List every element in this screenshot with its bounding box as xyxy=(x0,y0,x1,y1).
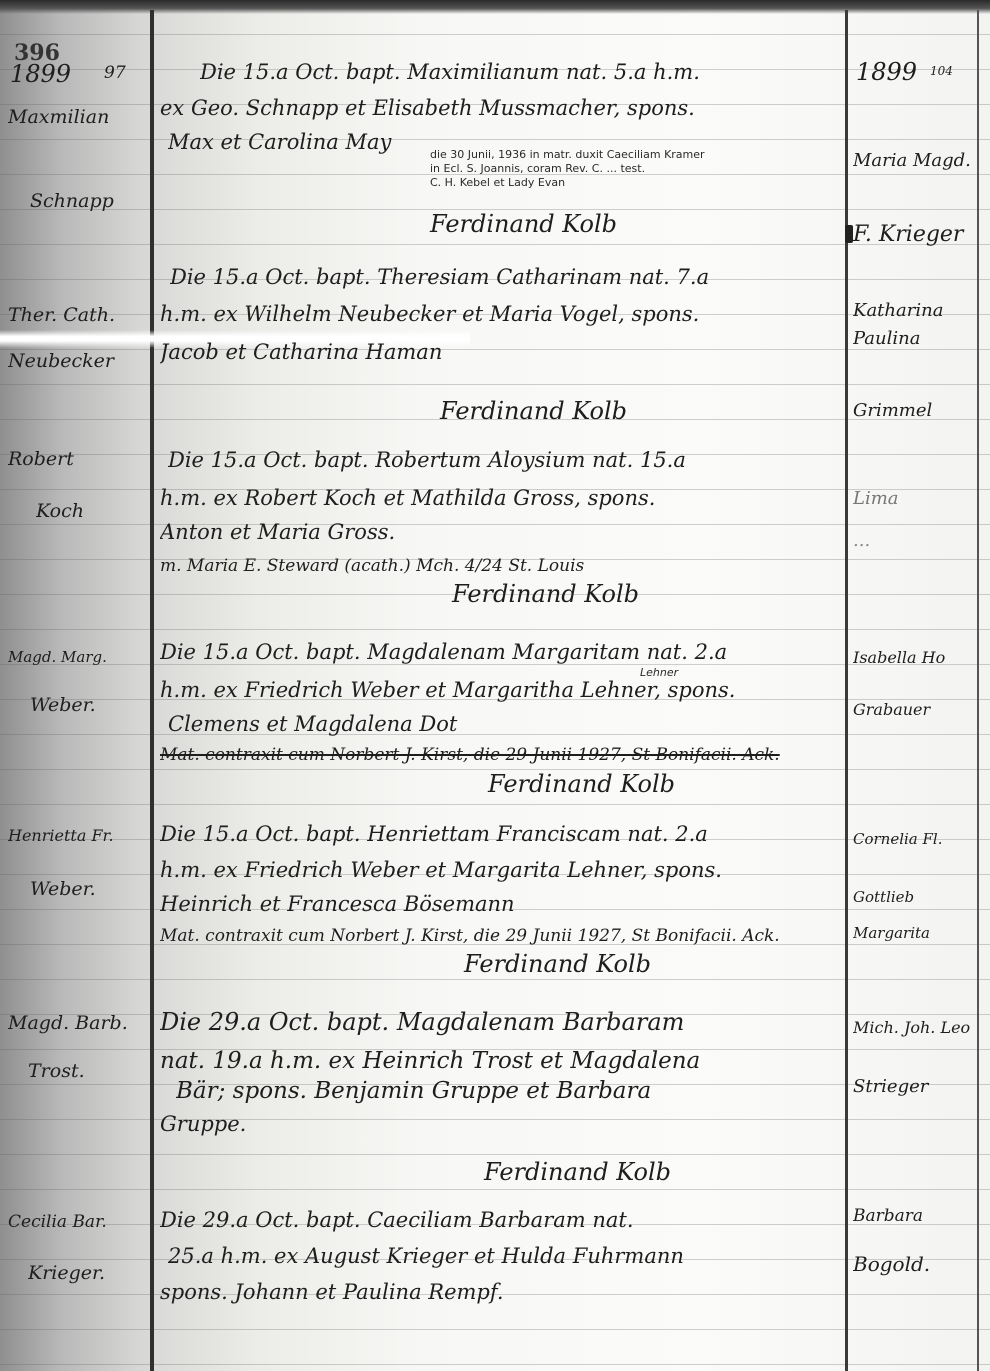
marriage-annotation: Mat. contraxit cum Norbert J. Kirst, die… xyxy=(160,926,850,946)
entry-line: 25.a h.m. ex August Krieger et Hulda Fuh… xyxy=(168,1244,848,1268)
margin-given-name: Cecilia Bar. xyxy=(8,1212,148,1232)
inserted-correction: Lehner xyxy=(640,666,678,679)
entry-line: spons. Johann et Paulina Rempf. xyxy=(160,1280,840,1304)
entry-line: ex Geo. Schnapp et Elisabeth Mussmacher,… xyxy=(160,96,840,120)
margin-given-name: Henrietta Fr. xyxy=(8,826,148,845)
right-edge-rule xyxy=(977,10,979,1371)
priest-signature: Ferdinand Kolb xyxy=(452,580,639,608)
marriage-annotation: in Ecl. S. Joannis, coram Rev. C. ... te… xyxy=(430,162,645,175)
entry-line: h.m. ex Friedrich Weber et Margarita Leh… xyxy=(160,858,840,882)
margin-column-rule xyxy=(150,10,154,1371)
right-entry-number: 104 xyxy=(930,64,953,78)
margin-surname: Schnapp xyxy=(30,190,170,212)
right-margin-note: ... xyxy=(853,530,977,551)
right-margin-note: Grabauer xyxy=(853,700,977,719)
entry-line: h.m. ex Friedrich Weber et Margaritha Le… xyxy=(160,678,840,702)
entry-line: nat. 19.a h.m. ex Heinrich Trost et Magd… xyxy=(160,1048,840,1074)
right-margin-note: F. Krieger xyxy=(853,222,977,247)
entry-line: Gruppe. xyxy=(160,1112,840,1136)
right-margin-note: Bogold. xyxy=(853,1252,977,1276)
margin-given-name: Magd. Marg. xyxy=(8,648,148,666)
entry-line: Die 15.a Oct. bapt. Henriettam Francisca… xyxy=(160,822,840,846)
margin-given-name: Maxmilian xyxy=(8,106,148,128)
entry-line: Die 15.a Oct. bapt. Robertum Aloysium na… xyxy=(168,448,848,472)
entry-line: Clemens et Magdalena Dot xyxy=(168,712,848,736)
priest-signature: Ferdinand Kolb xyxy=(484,1158,671,1186)
entry-line: Die 29.a Oct. bapt. Caeciliam Barbaram n… xyxy=(160,1208,840,1232)
priest-signature: Ferdinand Kolb xyxy=(440,397,627,425)
priest-signature: Ferdinand Kolb xyxy=(464,950,651,978)
margin-surname: Weber. xyxy=(30,878,170,900)
ink-blot xyxy=(845,225,853,243)
right-margin-note: Lima xyxy=(853,488,977,509)
left-year: 1899 xyxy=(10,60,71,88)
entry-line: Jacob et Catharina Haman xyxy=(160,340,840,364)
entry-line: h.m. ex Wilhelm Neubecker et Maria Vogel… xyxy=(160,302,840,326)
entry-line: Die 15.a Oct. bapt. Maximilianum nat. 5.… xyxy=(200,60,880,84)
right-margin-note: Isabella Ho xyxy=(853,648,977,667)
right-margin-note: Mich. Joh. Leo xyxy=(853,1018,977,1037)
marriage-annotation: die 30 Junii, 1936 in matr. duxit Caecil… xyxy=(430,148,705,161)
entry-line: h.m. ex Robert Koch et Mathilda Gross, s… xyxy=(160,486,840,510)
priest-signature: Ferdinand Kolb xyxy=(488,770,675,798)
scan-edge-shadow xyxy=(0,0,990,14)
margin-surname: Krieger. xyxy=(28,1262,168,1284)
right-margin-note: Katharina xyxy=(853,300,977,321)
priest-signature: Ferdinand Kolb xyxy=(430,210,617,238)
right-margin-note: Grimmel xyxy=(853,400,977,421)
marriage-annotation: m. Maria E. Steward (acath.) Mch. 4/24 S… xyxy=(160,556,850,576)
right-margin-note: Barbara xyxy=(853,1206,977,1226)
margin-given-name: Ther. Cath. xyxy=(8,304,148,326)
margin-surname: Trost. xyxy=(28,1060,168,1082)
right-margin-note: Strieger xyxy=(853,1076,977,1097)
right-margin-note: Paulina xyxy=(853,328,977,349)
margin-given-name: Robert xyxy=(8,448,148,470)
struck-annotation: Mat. contraxit cum Norbert J. Kirst, die… xyxy=(160,745,850,765)
entry-line: Die 29.a Oct. bapt. Magdalenam Barbaram xyxy=(160,1008,840,1036)
entry-line: Bär; spons. Benjamin Gruppe et Barbara xyxy=(176,1078,856,1104)
right-margin-note: Cornelia Fl. xyxy=(853,830,977,848)
margin-surname: Neubecker xyxy=(8,350,148,372)
left-entry-number: 97 xyxy=(104,63,126,83)
entry-line: Die 15.a Oct. bapt. Magdalenam Margarita… xyxy=(160,640,840,664)
notes-column-rule xyxy=(845,10,848,1371)
entry-line: Heinrich et Francesca Bösemann xyxy=(160,892,840,916)
right-margin-note: Maria Magd. xyxy=(853,150,977,171)
entry-line: Die 15.a Oct. bapt. Theresiam Catharinam… xyxy=(170,265,850,289)
margin-surname: Weber. xyxy=(30,694,170,716)
entry-line: Anton et Maria Gross. xyxy=(160,520,840,544)
marriage-annotation: C. H. Kebel et Lady Evan xyxy=(430,176,565,189)
right-margin-note: Gottlieb xyxy=(853,888,977,906)
margin-surname: Koch xyxy=(36,500,176,522)
right-margin-note: Margarita xyxy=(853,924,977,942)
register-page: 396 1899 97 1899 104 Maxmilian Schnapp D… xyxy=(0,0,990,1371)
margin-given-name: Magd. Barb. xyxy=(8,1012,148,1034)
